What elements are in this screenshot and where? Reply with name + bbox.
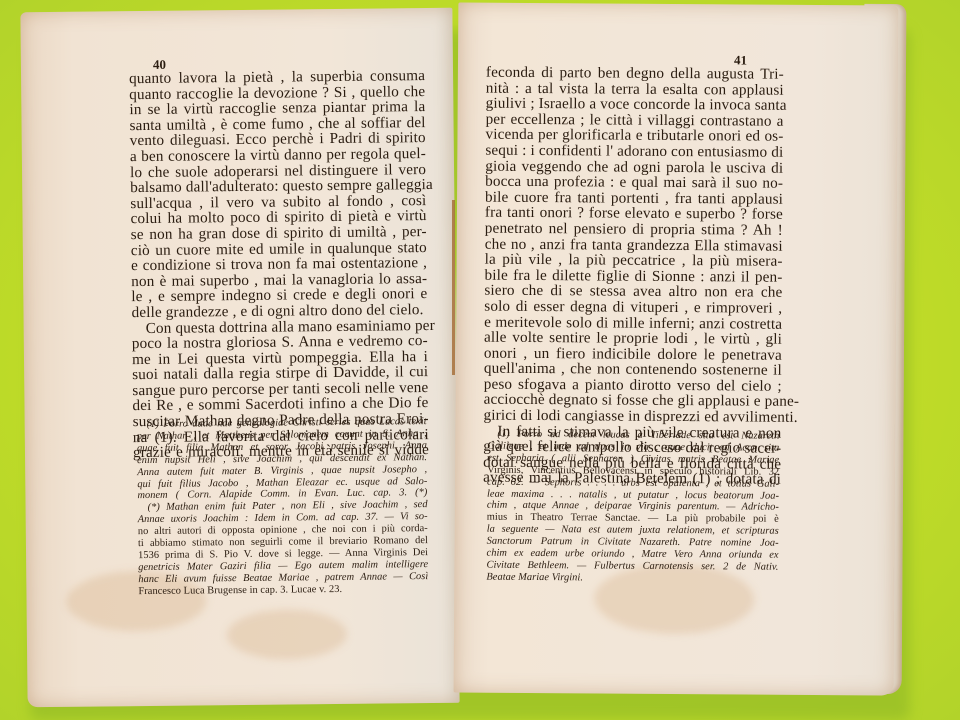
- age-stain: [227, 609, 348, 660]
- binding-thread: [452, 200, 455, 375]
- left-page: 40 quanto lavora la pietà , la superbia …: [20, 8, 459, 707]
- left-footnote: (1) Porro duae hae genealogiae Christi s…: [137, 416, 429, 598]
- right-page: 41 feconda di parto ben degno della augu…: [454, 2, 899, 695]
- right-footnote: (1) Porro ad decem leucas a Tiberiade si…: [486, 429, 779, 586]
- footnote-line: Beatae Mariae Virgini.: [486, 572, 778, 586]
- footnote-line: Francesco Luca Brugense in cap. 3. Lucae…: [138, 583, 428, 598]
- left-body-text: quanto lavora la pietà , la superbia con…: [129, 68, 429, 461]
- right-body-text: feconda di parto ben degno della augusta…: [483, 65, 784, 488]
